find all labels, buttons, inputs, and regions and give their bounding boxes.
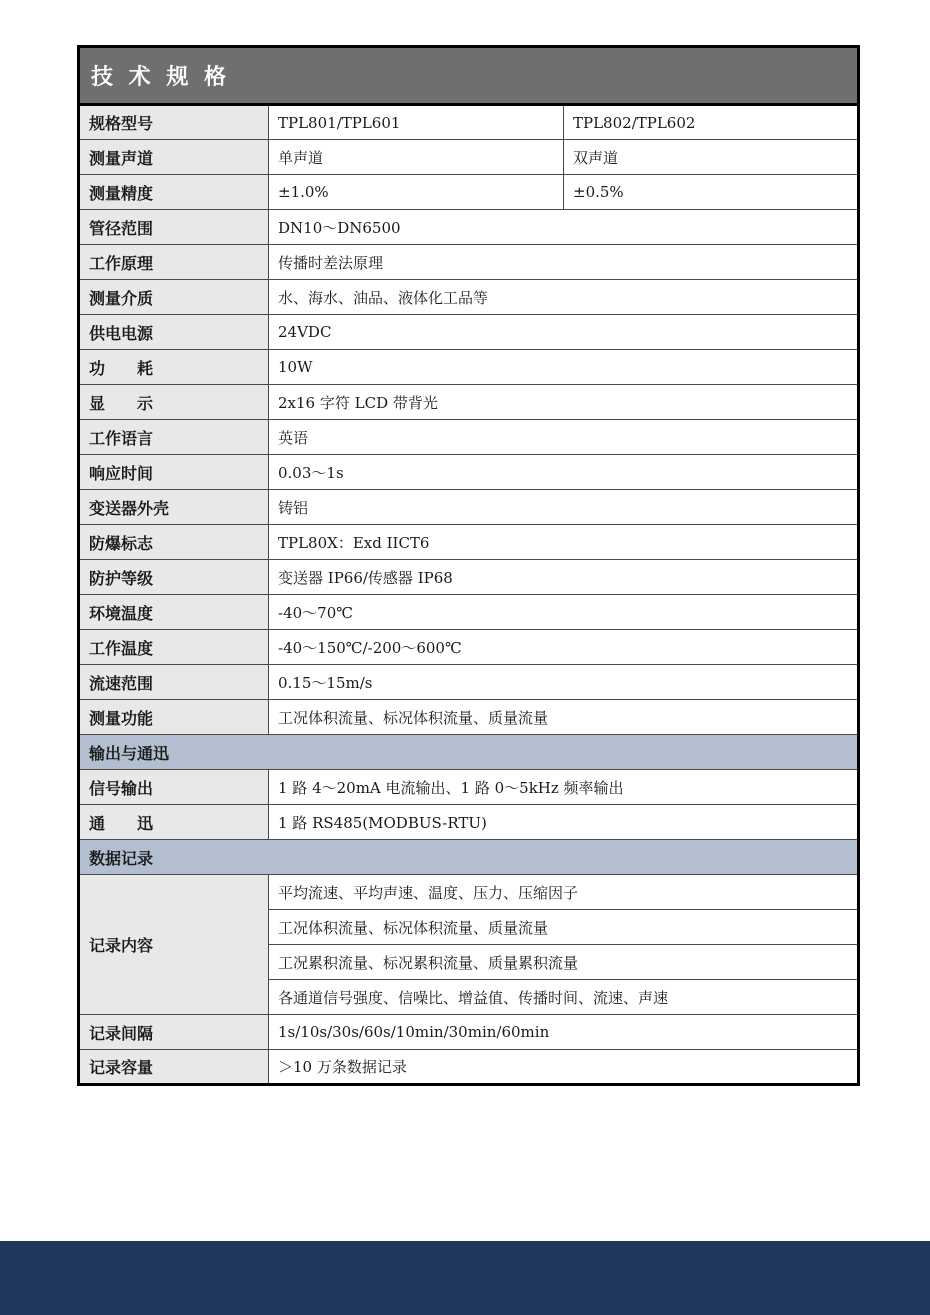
table-row: 记录内容平均流速、平均声速、温度、压力、压缩因子 xyxy=(79,875,859,910)
row-value-cell: 0.03～1s xyxy=(269,455,859,490)
row-value-cell: 各通道信号强度、信噪比、增益值、传播时间、流速、声速 xyxy=(269,980,859,1015)
row-label-cell: 响应时间 xyxy=(79,455,269,490)
table-row: 变送器外壳铸铝 xyxy=(79,490,859,525)
row-value-cell: 铸铝 xyxy=(269,490,859,525)
row-label-cell: 信号输出 xyxy=(79,770,269,805)
table-title: 技 术 规 格 xyxy=(79,47,859,105)
row-value-cell: 传播时差法原理 xyxy=(269,245,859,280)
row-value-cell: 0.15～15m/s xyxy=(269,665,859,700)
row-label-cell: 记录容量 xyxy=(79,1050,269,1085)
row-value-cell: -40～70℃ xyxy=(269,595,859,630)
row-value-cell: 双声道 xyxy=(564,140,859,175)
row-value-cell: 1 路 RS485(MODBUS-RTU) xyxy=(269,805,859,840)
row-value-cell: 2x16 字符 LCD 带背光 xyxy=(269,385,859,420)
row-label-cell: 环境温度 xyxy=(79,595,269,630)
row-label-cell: 规格型号 xyxy=(79,105,269,140)
spec-table: 技 术 规 格 规格型号TPL801/TPL601TPL802/TPL602测量… xyxy=(77,45,860,1086)
table-row: 防护等级变送器 IP66/传感器 IP68 xyxy=(79,560,859,595)
row-label-cell: 功 耗 xyxy=(79,350,269,385)
table-row: 工作语言英语 xyxy=(79,420,859,455)
row-value-cell: 工况累积流量、标况累积流量、质量累积流量 xyxy=(269,945,859,980)
row-label-cell: 测量声道 xyxy=(79,140,269,175)
table-header-row: 技 术 规 格 xyxy=(79,47,859,105)
section-header-cell: 输出与通迅 xyxy=(79,735,859,770)
table-row: 响应时间0.03～1s xyxy=(79,455,859,490)
row-label-cell: 工作语言 xyxy=(79,420,269,455)
row-label-cell: 工作温度 xyxy=(79,630,269,665)
row-value-cell: 工况体积流量、标况体积流量、质量流量 xyxy=(269,700,859,735)
row-value-cell: TPL80X：Exd IICT6 xyxy=(269,525,859,560)
row-value-cell: 单声道 xyxy=(269,140,564,175)
table-row: 通 迅1 路 RS485(MODBUS-RTU) xyxy=(79,805,859,840)
table-row: 规格型号TPL801/TPL601TPL802/TPL602 xyxy=(79,105,859,140)
row-label-cell: 通 迅 xyxy=(79,805,269,840)
row-value-cell: 英语 xyxy=(269,420,859,455)
row-label-cell: 记录内容 xyxy=(79,875,269,1015)
table-row: 防爆标志TPL80X：Exd IICT6 xyxy=(79,525,859,560)
table-row: 显 示2x16 字符 LCD 带背光 xyxy=(79,385,859,420)
table-row: 数据记录 xyxy=(79,840,859,875)
table-row: 功 耗10W xyxy=(79,350,859,385)
table-row: 记录间隔1s/10s/30s/60s/10min/30min/60min xyxy=(79,1015,859,1050)
row-label-cell: 供电电源 xyxy=(79,315,269,350)
row-value-cell: -40～150℃/-200～600℃ xyxy=(269,630,859,665)
table-row: 信号输出1 路 4～20mA 电流输出、1 路 0～5kHz 频率输出 xyxy=(79,770,859,805)
row-label-cell: 测量精度 xyxy=(79,175,269,210)
table-row: 管径范围DN10～DN6500 xyxy=(79,210,859,245)
table-row: 记录容量＞10 万条数据记录 xyxy=(79,1050,859,1085)
row-value-cell: ＞10 万条数据记录 xyxy=(269,1050,859,1085)
table-row: 工作原理传播时差法原理 xyxy=(79,245,859,280)
table-row: 输出与通迅 xyxy=(79,735,859,770)
table-row: 环境温度-40～70℃ xyxy=(79,595,859,630)
row-value-cell: 平均流速、平均声速、温度、压力、压缩因子 xyxy=(269,875,859,910)
row-value-cell: ±0.5% xyxy=(564,175,859,210)
row-value-cell: 1 路 4～20mA 电流输出、1 路 0～5kHz 频率输出 xyxy=(269,770,859,805)
section-header-cell: 数据记录 xyxy=(79,840,859,875)
row-label-cell: 管径范围 xyxy=(79,210,269,245)
row-label-cell: 显 示 xyxy=(79,385,269,420)
row-label-cell: 流速范围 xyxy=(79,665,269,700)
table-row: 测量功能工况体积流量、标况体积流量、质量流量 xyxy=(79,700,859,735)
row-value-cell: 变送器 IP66/传感器 IP68 xyxy=(269,560,859,595)
row-value-cell: 工况体积流量、标况体积流量、质量流量 xyxy=(269,910,859,945)
row-value-cell: 1s/10s/30s/60s/10min/30min/60min xyxy=(269,1015,859,1050)
table-row: 测量介质水、海水、油品、液体化工品等 xyxy=(79,280,859,315)
row-label-cell: 防爆标志 xyxy=(79,525,269,560)
row-label-cell: 记录间隔 xyxy=(79,1015,269,1050)
row-value-cell: 水、海水、油品、液体化工品等 xyxy=(269,280,859,315)
row-value-cell: DN10～DN6500 xyxy=(269,210,859,245)
row-value-cell: ±1.0% xyxy=(269,175,564,210)
table-row: 测量精度±1.0%±0.5% xyxy=(79,175,859,210)
row-value-cell: TPL802/TPL602 xyxy=(564,105,859,140)
table-row: 工作温度-40～150℃/-200～600℃ xyxy=(79,630,859,665)
spec-table-body: 规格型号TPL801/TPL601TPL802/TPL602测量声道单声道双声道… xyxy=(79,105,859,1085)
row-label-cell: 变送器外壳 xyxy=(79,490,269,525)
spec-sheet: 技 术 规 格 规格型号TPL801/TPL601TPL802/TPL602测量… xyxy=(77,45,857,1086)
table-row: 测量声道单声道双声道 xyxy=(79,140,859,175)
footer-bar xyxy=(0,1241,930,1315)
row-label-cell: 防护等级 xyxy=(79,560,269,595)
row-value-cell: TPL801/TPL601 xyxy=(269,105,564,140)
row-label-cell: 测量介质 xyxy=(79,280,269,315)
row-label-cell: 工作原理 xyxy=(79,245,269,280)
row-value-cell: 24VDC xyxy=(269,315,859,350)
row-label-cell: 测量功能 xyxy=(79,700,269,735)
table-row: 流速范围0.15～15m/s xyxy=(79,665,859,700)
table-row: 供电电源24VDC xyxy=(79,315,859,350)
row-value-cell: 10W xyxy=(269,350,859,385)
